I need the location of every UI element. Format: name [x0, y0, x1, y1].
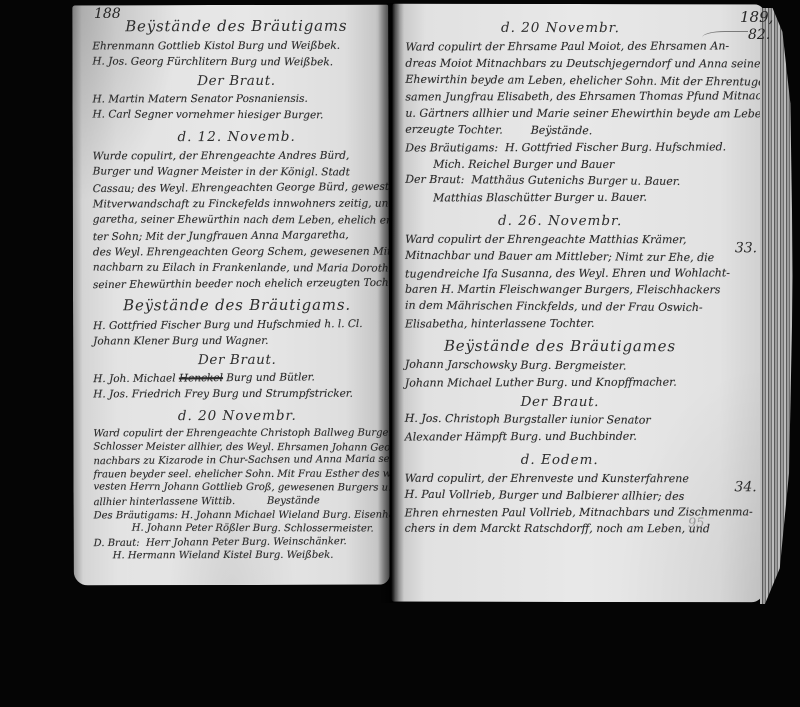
manuscript-line: Wurde copulirt, der Ehrengeachte Andres …	[93, 148, 381, 165]
entry-number: 34.	[734, 479, 756, 495]
manuscript-line: in dem Mährischen Finckfelds, und der Fr…	[405, 298, 715, 317]
book-scan: Beÿstände des BräutigamsEhrenmann Gottli…	[0, 0, 800, 707]
manuscript-line: chers in dem Marckt Ratschdorff, noch am…	[405, 521, 715, 538]
manuscript-line: Ehren ehrnesten Paul Vollrieb, Mitnachba…	[405, 504, 715, 522]
section-subheading: Der Braut.	[92, 73, 380, 90]
manuscript-line: H. Gottfried Fischer Burg und Hufschmied…	[93, 316, 381, 334]
manuscript-line: H. Paul Vollrieb, Burger und Balbierer a…	[405, 486, 715, 505]
marriage-entry: 30.Wurde copulirt, der Ehrengeachte Andr…	[93, 148, 381, 293]
manuscript-line: seiner Ehewürthin beeder noch ehelich er…	[93, 275, 381, 293]
manuscript-line: Elisabetha, hinterlassene Tochter.	[405, 315, 715, 333]
manuscript-line: des Weyl. Ehrengeachten Georg Schem, gew…	[93, 244, 381, 261]
manuscript-line: Der Braut: Matthäus Gutenichs Burger u. …	[405, 172, 715, 191]
manuscript-line: nachbars zu Kizarode in Chur-Sachsen und…	[93, 453, 381, 469]
manuscript-line: Mitverwandschaft zu Finckefelds innwohne…	[93, 196, 381, 213]
manuscript-line: Ward copulirt der Ehrengeachte Matthias …	[405, 232, 715, 249]
manuscript-line: dreas Moiot Mitnachbars zu Deutschjegern…	[405, 55, 715, 72]
manuscript-line: u. Gärtners allhier und Marie seiner Ehe…	[405, 106, 715, 123]
manuscript-line: Alexander Hämpft Burg. und Buchbinder.	[405, 429, 715, 447]
date-heading: d. Eodem.	[405, 452, 715, 469]
section-heading: Beÿstände des Bräutigames	[405, 336, 715, 355]
manuscript-line: H. Joh. Michael Henckel Burg und Bütler.	[93, 369, 381, 387]
date-heading: d. 20 Novembr.	[93, 408, 381, 425]
manuscript-line: Johann Jarschowsky Burg. Bergmeister.	[405, 357, 715, 376]
manuscript-line: ter Sohn; Mit der Jungfrauen Anna Margar…	[93, 227, 381, 245]
folio-number-right: 189,	[740, 8, 773, 26]
struck-text: Henckel	[179, 372, 223, 384]
section-heading: Beÿstände des Bräutigams	[92, 17, 380, 36]
right-page: d. 20 Novembr.Ward copulirt der Ehrsame …	[391, 4, 764, 603]
manuscript-line: Burger und Wagner Meister in der Königl.…	[93, 163, 381, 180]
section-subheading: Der Braut.	[93, 352, 381, 369]
right-page-text: d. 20 Novembr.Ward copulirt der Ehrsame …	[405, 14, 716, 540]
manuscript-line: H. Johann Peter Rößler Burg. Schlosserme…	[94, 522, 382, 537]
manuscript-line: H. Jos. Christoph Burgstaller iunior Sen…	[405, 411, 715, 430]
left-page-text: Beÿstände des BräutigamsEhrenmann Gottli…	[92, 13, 381, 565]
manuscript-line: H. Jos. Georg Fürchlitern Burg und Weißb…	[92, 53, 380, 70]
pencil-note: 95	[688, 516, 705, 531]
manuscript-line: Ehrenmann Gottlieb Kistol Burg und Weißb…	[92, 38, 380, 55]
manuscript-line: Mitnachbar und Bauer am Mittleber; Nimt …	[405, 248, 715, 267]
date-heading: d. 12. Novemb.	[93, 129, 381, 146]
section-subheading: Der Braut.	[405, 394, 715, 411]
marriage-entry: Ward copulirt der Ehrsame Paul Moiot, de…	[405, 39, 715, 208]
manuscript-line: Des Bräutigams: H. Johann Michael Wielan…	[94, 508, 382, 522]
date-heading: d. 26. Novembr.	[405, 213, 715, 230]
manuscript-line: samen Jungfrau Elisabeth, des Ehrsamen T…	[405, 89, 715, 107]
page-stack-edges	[760, 8, 793, 604]
manuscript-line: garetha, seiner Ehewürthin nach dem Lebe…	[93, 211, 381, 228]
folio-number-right-alt: 82.	[748, 27, 770, 43]
manuscript-line: baren H. Martin Fleischwanger Burgers, F…	[405, 282, 715, 299]
manuscript-line: frauen beyder seel. ehelicher Sohn. Mit …	[93, 467, 381, 481]
manuscript-line: H. Carl Segner vornehmer hiesiger Burger…	[93, 106, 381, 123]
manuscript-line: nachbarn zu Eilach in Frankenlande, und …	[93, 259, 381, 276]
marriage-entry: 33.Ward copulirt der Ehrengeachte Matthi…	[405, 232, 715, 333]
folio-number-left: 188	[94, 6, 121, 22]
manuscript-line: Cassau; des Weyl. Ehrengeachten George B…	[93, 179, 381, 197]
manuscript-line: H. Hermann Wieland Kistel Burg. Weißbek.	[94, 549, 382, 563]
manuscript-line: Des Bräutigams: H. Gottfried Fischer Bur…	[405, 139, 715, 157]
entry-number: 33.	[735, 240, 757, 256]
left-page: Beÿstände des BräutigamsEhrenmann Gottli…	[72, 5, 390, 586]
marriage-entry: 31.Ward copulirt der Ehrengeachte Christ…	[93, 427, 381, 564]
manuscript-line: Mich. Reichel Burger und Bauer	[405, 156, 715, 173]
manuscript-line: H. Martin Matern Senator Posnaniensis.	[92, 91, 380, 108]
manuscript-line: Ward copulirt der Ehrengeachte Christoph…	[93, 427, 381, 441]
manuscript-line: allhier hinterlassene Wittib. Beystände	[93, 494, 381, 510]
manuscript-line: erzeugte Tochter. Beÿstände.	[405, 122, 715, 141]
manuscript-line: Johann Michael Luther Burg. und Knopffma…	[405, 374, 715, 392]
marriage-entry: 34.Ward copulirt, der Ehrenveste und Kun…	[405, 471, 715, 539]
date-heading: d. 20 Novembr.	[405, 20, 715, 37]
manuscript-line: H. Jos. Friedrich Frey Burg und Strumpfs…	[93, 386, 381, 403]
manuscript-line: Matthias Blaschütter Burger u. Bauer.	[405, 190, 715, 208]
manuscript-line: Ward copulirt, der Ehrenveste und Kunste…	[405, 471, 715, 488]
manuscript-line: tugendreiche Ifa Susanna, des Weyl. Ehre…	[405, 265, 715, 283]
manuscript-line: Ward copulirt der Ehrsame Paul Moiot, de…	[405, 38, 715, 56]
manuscript-line: D. Braut: Herr Johann Peter Burg. Weinsc…	[94, 535, 382, 551]
manuscript-line: Johann Klener Burg und Wagner.	[93, 333, 381, 350]
section-heading: Beÿstände des Bräutigams.	[93, 296, 381, 315]
